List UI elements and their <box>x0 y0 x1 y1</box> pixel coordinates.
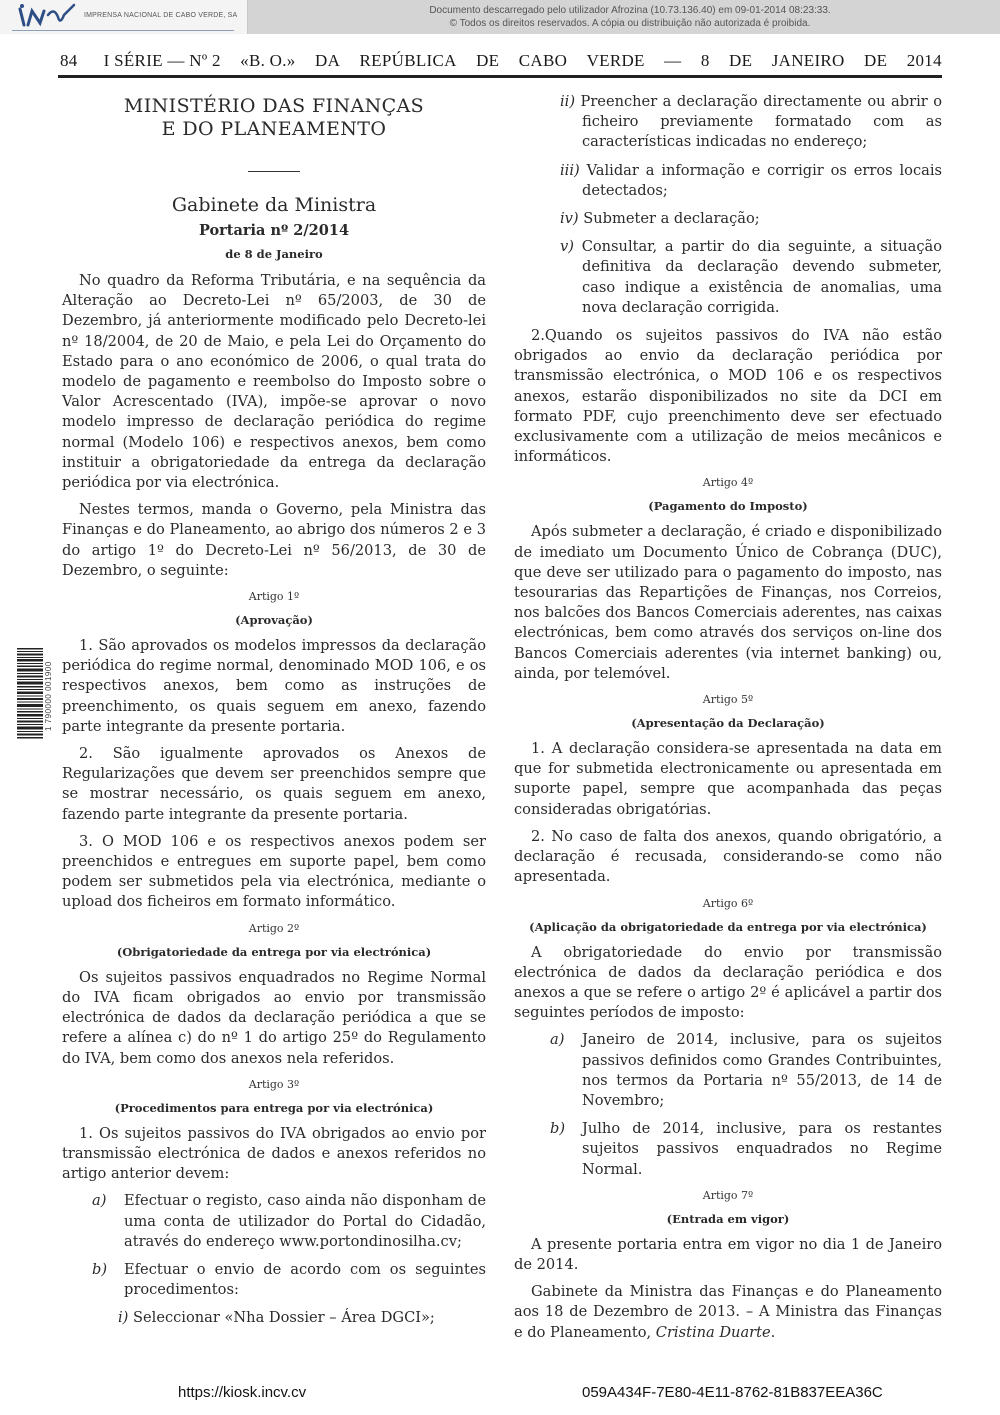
list-item: a)Janeiro de 2014, inclusive, para os su… <box>514 1030 942 1111</box>
article-number: Artigo 2º <box>62 921 486 937</box>
footer-url[interactable]: https://kiosk.incv.cv <box>178 1384 306 1401</box>
left-column: MINISTÉRIO DAS FINANÇAS E DO PLANEAMENTO… <box>62 92 486 1337</box>
preamble-paragraph: No quadro da Reforma Tributária, e na se… <box>62 271 486 493</box>
rights-line: © Todos os direitos reservados. A cópia … <box>260 17 1000 30</box>
incv-logo-icon <box>14 3 78 29</box>
office-title: Gabinete da Ministra <box>62 194 486 216</box>
list-item: a)Efectuar o registo, caso ainda não dis… <box>62 1191 486 1252</box>
head-word: VERDE <box>587 51 645 73</box>
banner-notice: Documento descarregado pelo utilizador A… <box>260 4 1000 30</box>
incv-logo: IMPRENSA NACIONAL DE CABO VERDE, SA <box>0 0 248 34</box>
page-number: 84 <box>60 51 78 73</box>
list-label: b) <box>550 1119 582 1139</box>
list-label: i) <box>118 1309 128 1326</box>
article-paragraph: 1. A declaração considera-se apresentada… <box>514 739 942 820</box>
head-word: DA <box>315 51 340 73</box>
article-number: Artigo 1º <box>62 589 486 605</box>
running-head: 84 I SÉRIE — Nº 2 «B. O.» DA REPÚBLICA D… <box>60 51 942 73</box>
article-title: (Aplicação da obrigatoriedade da entrega… <box>514 919 942 935</box>
head-word: DE <box>729 51 752 73</box>
head-word: 2014 <box>907 51 942 73</box>
barcode-icon <box>17 648 43 740</box>
download-banner: IMPRENSA NACIONAL DE CABO VERDE, SA Docu… <box>0 0 1000 34</box>
article-paragraph: 1. Os sujeitos passivos do IVA obrigados… <box>62 1124 486 1185</box>
barcode-number: 1 790000 001900 <box>44 650 54 742</box>
list-label: iv) <box>560 210 579 227</box>
article-paragraph: Os sujeitos passivos enquadrados no Regi… <box>62 968 486 1069</box>
article-title: (Procedimentos para entrega por via elec… <box>62 1100 486 1116</box>
signatory-name: Cristina Duarte <box>656 1324 771 1341</box>
sub-list-item: ii) Preencher a declaração directamente … <box>514 92 942 153</box>
list-text: Validar a informação e corrigir os erros… <box>582 162 942 199</box>
article-title: (Pagamento do Imposto) <box>514 498 942 514</box>
list-label: iii) <box>560 162 580 179</box>
sub-list-item: iv) Submeter a declaração; <box>514 209 942 229</box>
article-paragraph: Após submeter a declaração, é criado e d… <box>514 522 942 684</box>
article-paragraph: A presente portaria entra em vigor no di… <box>514 1235 942 1275</box>
sub-list-item: i) Seleccionar «Nha Dossier – Área DGCI»… <box>62 1308 486 1328</box>
head-word: 8 <box>701 51 710 73</box>
head-word: REPÚBLICA <box>360 51 457 73</box>
article-number: Artigo 4º <box>514 475 942 491</box>
article-number: Artigo 5º <box>514 692 942 708</box>
list-label: a) <box>92 1191 124 1211</box>
list-label: v) <box>560 238 574 255</box>
head-word: DE <box>476 51 499 73</box>
ministry-line-2: E DO PLANEAMENTO <box>62 118 486 141</box>
document-code: 059A434F-7E80-4E11-8762-81B837EEA36C <box>582 1384 883 1401</box>
list-text: Submeter a declaração; <box>583 210 759 227</box>
sub-list-item: iii) Validar a informação e corrigir os … <box>514 161 942 201</box>
article-number: Artigo 3º <box>62 1077 486 1093</box>
list-text: Consultar, a partir do dia seguinte, a s… <box>582 238 942 316</box>
download-line: Documento descarregado pelo utilizador A… <box>260 4 1000 17</box>
article-title: (Entrada em vigor) <box>514 1211 942 1227</box>
portaria-date: de 8 de Janeiro <box>62 245 486 263</box>
article-paragraph: 1. São aprovados os modelos impressos da… <box>62 636 486 737</box>
ministry-title: MINISTÉRIO DAS FINANÇAS E DO PLANEAMENTO <box>62 95 486 141</box>
section-divider <box>248 171 300 172</box>
head-word: JANEIRO <box>772 51 845 73</box>
running-head-title: I SÉRIE — Nº 2 «B. O.» DA REPÚBLICA DE C… <box>104 51 942 73</box>
list-text: Efectuar o registo, caso ainda não dispo… <box>124 1192 486 1249</box>
article-paragraph: 2. São igualmente aprovados os Anexos de… <box>62 744 486 825</box>
series: I SÉRIE — Nº 2 <box>104 51 221 73</box>
head-word: CABO <box>519 51 567 73</box>
list-text: Janeiro de 2014, inclusive, para os suje… <box>582 1031 942 1109</box>
list-label: b) <box>92 1260 124 1280</box>
portaria-title: Portaria nº 2/2014 <box>62 220 486 242</box>
article-paragraph: 2. No caso de falta dos anexos, quando o… <box>514 827 942 888</box>
list-text: Julho de 2014, inclusive, para os restan… <box>582 1120 942 1177</box>
article-paragraph: 3. O MOD 106 e os respectivos anexos pod… <box>62 832 486 913</box>
article-number: Artigo 6º <box>514 896 942 912</box>
list-label: ii) <box>560 93 575 110</box>
logo-underline <box>12 30 234 31</box>
article-title: (Obrigatoriedade da entrega por via elec… <box>62 944 486 960</box>
article-title: (Apresentação da Declaração) <box>514 715 942 731</box>
article-title: (Aprovação) <box>62 612 486 628</box>
ministry-line-1: MINISTÉRIO DAS FINANÇAS <box>62 95 486 118</box>
list-text: Preencher a declaração directamente ou a… <box>581 93 942 150</box>
list-item: b)Efectuar o envio de acordo com os segu… <box>62 1260 486 1300</box>
list-label: a) <box>550 1030 582 1050</box>
bo: «B. O.» <box>240 51 295 73</box>
signature-end: . <box>771 1324 776 1341</box>
article-number: Artigo 7º <box>514 1188 942 1204</box>
sub-list-item: v) Consultar, a partir do dia seguinte, … <box>514 237 942 318</box>
logo-text: IMPRENSA NACIONAL DE CABO VERDE, SA <box>84 12 237 19</box>
article-paragraph: A obrigatoriedade do envio por transmiss… <box>514 943 942 1024</box>
list-item: b)Julho de 2014, inclusive, para os rest… <box>514 1119 942 1180</box>
head-word: DE <box>864 51 887 73</box>
signature-paragraph: Gabinete da Ministra das Finanças e do P… <box>514 1282 942 1343</box>
head-word: — <box>664 51 681 73</box>
preamble-paragraph: Nestes termos, manda o Governo, pela Min… <box>62 500 486 581</box>
list-text: Seleccionar «Nha Dossier – Área DGCI»; <box>133 1309 435 1326</box>
list-text: Efectuar o envio de acordo com os seguin… <box>124 1261 486 1298</box>
right-column: ii) Preencher a declaração directamente … <box>514 92 942 1350</box>
header-rule <box>58 75 942 78</box>
article-paragraph: 2.Quando os sujeitos passivos do IVA não… <box>514 326 942 467</box>
